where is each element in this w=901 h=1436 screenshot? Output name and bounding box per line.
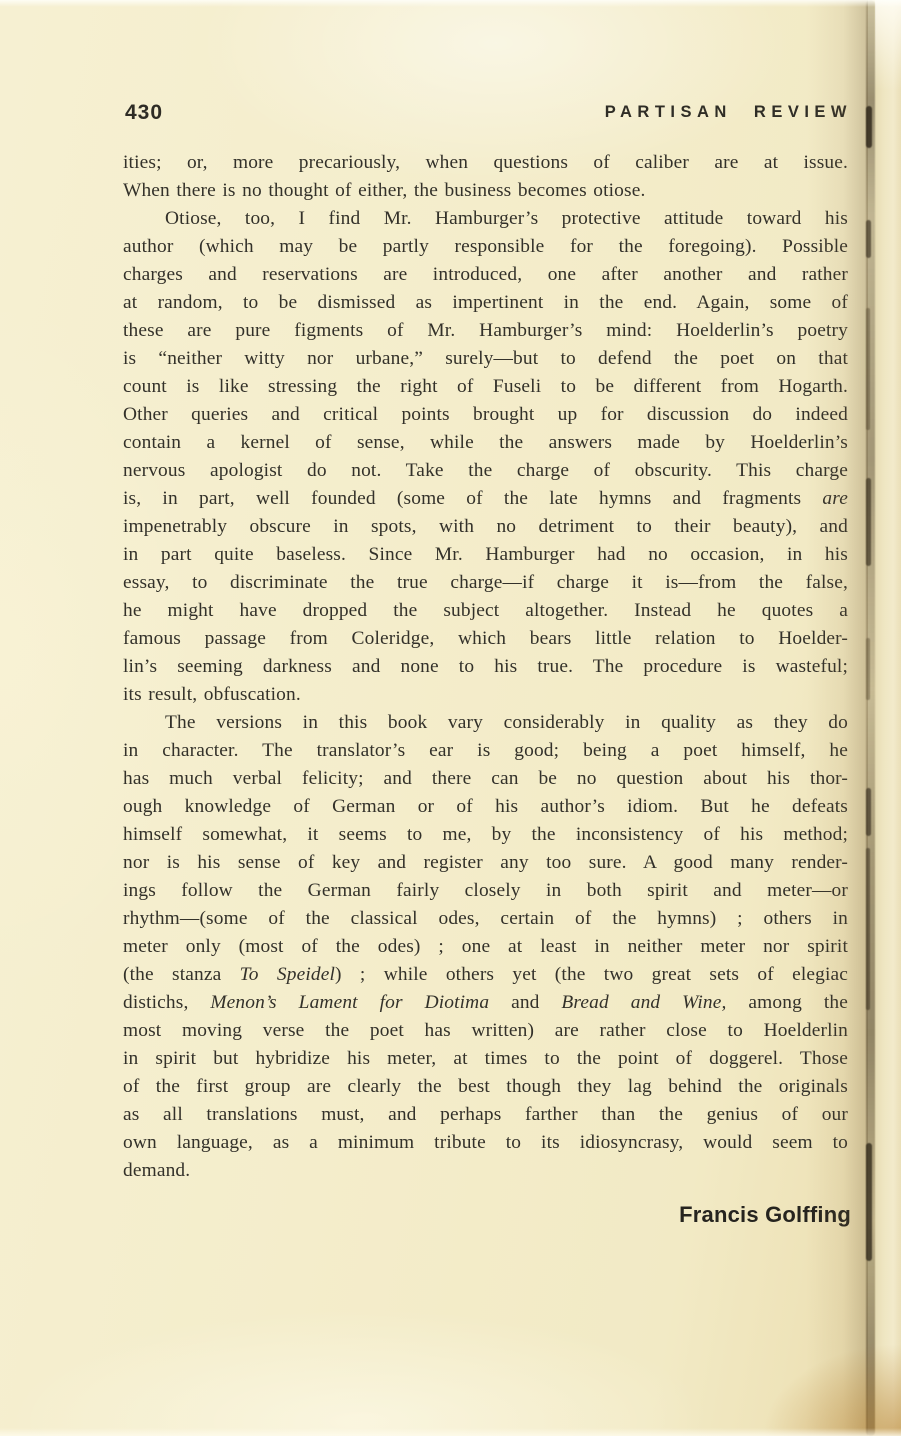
text-line: as all translations must, and perhaps fa… xyxy=(123,1101,848,1129)
text-line: meter only (most of the odes) ; one at l… xyxy=(123,933,848,961)
text-segment: contain a kernel of sense, while the ans… xyxy=(123,432,848,453)
text-segment: most moving verse the poet has written) … xyxy=(123,1020,848,1041)
page-edge-mark xyxy=(866,848,870,1010)
text-line: most moving verse the poet has written) … xyxy=(123,1017,848,1045)
text-line: contain a kernel of sense, while the ans… xyxy=(123,429,848,457)
text-segment: Otiose, too, I find Mr. Hamburger’s prot… xyxy=(165,208,848,229)
text-line: ings follow the German fairly closely in… xyxy=(123,877,848,905)
text-segment: nor is his sense of key and register any… xyxy=(123,852,848,873)
text-segment: Other queries and critical points brough… xyxy=(123,404,848,425)
text-block: ities; or, more precariously, when quest… xyxy=(123,149,848,1185)
text-line: is “neither witty nor urbane,” surely—bu… xyxy=(123,345,848,373)
text-segment: himself somewhat, it seems to me, by the… xyxy=(123,824,848,845)
text-line: essay, to discriminate the true charge—i… xyxy=(123,569,848,597)
text-line: he might have dropped the subject altoge… xyxy=(123,597,848,625)
scanned-page: 430 PARTISAN REVIEW ities; or, more prec… xyxy=(0,0,901,1436)
text-segment: ) ; while others yet (the two great sets… xyxy=(335,964,848,985)
text-segment: distichs, xyxy=(123,992,210,1013)
next-page-strip xyxy=(875,0,901,1436)
text-segment: impenetrably obscure in spots, with no d… xyxy=(123,516,848,537)
text-segment: famous passage from Coleridge, which bea… xyxy=(123,628,848,649)
text-line: ough knowledge of German or of his autho… xyxy=(123,793,848,821)
text-segment: count is like stressing the right of Fus… xyxy=(123,376,848,397)
text-line: count is like stressing the right of Fus… xyxy=(123,373,848,401)
text-segment: When there is no thought of either, the … xyxy=(123,180,645,201)
text-line: in character. The translator’s ear is go… xyxy=(123,737,848,765)
text-segment: of the first group are clearly the best … xyxy=(123,1076,848,1097)
text-line: (the stanza To Speidel) ; while others y… xyxy=(123,961,848,989)
text-line: distichs, Menon’s Lament for Diotima and… xyxy=(123,989,848,1017)
text-line: nervous apologist do not. Take the charg… xyxy=(123,457,848,485)
text-line: its result, obfuscation. xyxy=(123,681,848,709)
text-line: of the first group are clearly the best … xyxy=(123,1073,848,1101)
text-segment: in part quite baseless. Since Mr. Hambur… xyxy=(123,544,848,565)
italic-text: Bread and Wine, xyxy=(561,992,726,1013)
page-edge-mark xyxy=(866,788,871,836)
text-segment: essay, to discriminate the true charge—i… xyxy=(123,572,848,593)
gutter-shadow xyxy=(806,0,868,1436)
text-segment: own language, as a minimum tribute to it… xyxy=(123,1132,848,1153)
running-head: 430 PARTISAN REVIEW xyxy=(123,101,852,127)
text-line: demand. xyxy=(123,1157,848,1185)
text-segment: The versions in this book vary considera… xyxy=(165,712,848,733)
text-segment: charges and reservations are introduced,… xyxy=(123,264,848,285)
text-line: charges and reservations are introduced,… xyxy=(123,261,848,289)
text-line: author (which may be partly responsible … xyxy=(123,233,848,261)
text-segment: meter only (most of the odes) ; one at l… xyxy=(123,936,848,957)
text-segment: in spirit but hybridize his meter, at ti… xyxy=(123,1048,848,1069)
text-segment: ings follow the German fairly closely in… xyxy=(123,880,848,901)
text-segment: ities; or, more precariously, when quest… xyxy=(123,152,848,173)
text-line: is, in part, well founded (some of the l… xyxy=(123,485,848,513)
text-segment: these are pure figments of Mr. Hamburger… xyxy=(123,320,848,341)
text-line: impenetrably obscure in spots, with no d… xyxy=(123,513,848,541)
text-segment: nervous apologist do not. Take the charg… xyxy=(123,460,848,481)
text-segment: its result, obfuscation. xyxy=(123,684,301,705)
text-line: nor is his sense of key and register any… xyxy=(123,849,848,877)
text-segment: in character. The translator’s ear is go… xyxy=(123,740,848,761)
text-line: rhythm—(some of the classical odes, cert… xyxy=(123,905,848,933)
text-line: Otiose, too, I find Mr. Hamburger’s prot… xyxy=(123,205,848,233)
italic-text: To Speidel xyxy=(240,964,335,985)
text-segment: ough knowledge of German or of his autho… xyxy=(123,796,848,817)
next-page-highlight xyxy=(875,0,901,90)
text-line: himself somewhat, it seems to me, by the… xyxy=(123,821,848,849)
text-line: When there is no thought of either, the … xyxy=(123,177,848,205)
page-number: 430 xyxy=(125,101,163,125)
text-segment: as all translations must, and perhaps fa… xyxy=(123,1104,848,1125)
text-line: ities; or, more precariously, when quest… xyxy=(123,149,848,177)
italic-text: Menon’s Lament for Diotima xyxy=(210,992,489,1013)
text-line: has much verbal felicity; and there can … xyxy=(123,765,848,793)
page-edge-mark xyxy=(866,1143,872,1261)
text-line: these are pure figments of Mr. Hamburger… xyxy=(123,317,848,345)
text-segment: is, in part, well founded (some of the l… xyxy=(123,488,822,509)
text-line: in spirit but hybridize his meter, at ti… xyxy=(123,1045,848,1073)
page-edge-mark xyxy=(866,106,872,148)
text-line: famous passage from Coleridge, which bea… xyxy=(123,625,848,653)
text-line: lin’s seeming darkness and none to his t… xyxy=(123,653,848,681)
text-line: Other queries and critical points brough… xyxy=(123,401,848,429)
corner-smudge xyxy=(751,1336,901,1436)
bottom-edge-highlight xyxy=(0,1428,901,1436)
text-segment: lin’s seeming darkness and none to his t… xyxy=(123,656,848,677)
text-segment: author (which may be partly responsible … xyxy=(123,236,848,257)
text-segment: is “neither witty nor urbane,” surely—bu… xyxy=(123,348,848,369)
text-segment: rhythm—(some of the classical odes, cert… xyxy=(123,908,848,929)
text-segment: demand. xyxy=(123,1160,190,1181)
text-segment: and xyxy=(489,992,561,1013)
text-line: in part quite baseless. Since Mr. Hambur… xyxy=(123,541,848,569)
page-edge-mark xyxy=(866,638,870,700)
text-segment: he might have dropped the subject altoge… xyxy=(123,600,848,621)
text-line: own language, as a minimum tribute to it… xyxy=(123,1129,848,1157)
page-edge-mark xyxy=(866,220,871,258)
text-segment: has much verbal felicity; and there can … xyxy=(123,768,848,789)
text-line: The versions in this book vary considera… xyxy=(123,709,848,737)
text-segment: at random, to be dismissed as impertinen… xyxy=(123,292,848,313)
page-edge-mark xyxy=(866,308,870,430)
text-line: at random, to be dismissed as impertinen… xyxy=(123,289,848,317)
page-edge-mark xyxy=(866,478,871,566)
text-segment: (the stanza xyxy=(123,964,240,985)
top-edge-highlight xyxy=(0,0,901,7)
